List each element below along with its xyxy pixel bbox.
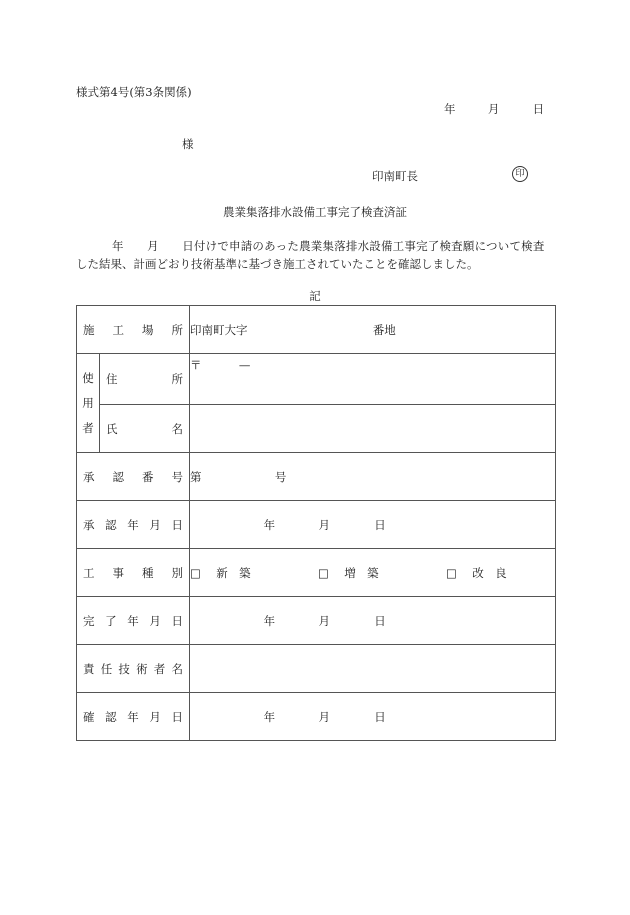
label-confirmation-date: 確 認 年 月 日 <box>77 693 190 741</box>
work-type-field: □ 新 築 □ 増 築 □ 改 良 <box>190 549 556 597</box>
user-name-field[interactable] <box>190 405 556 453</box>
table-row-approval-number: 承 認 番 号 第 号 <box>77 453 556 501</box>
table-row-responsible-engineer: 責 任 技 術 者 名 <box>77 645 556 693</box>
issue-date-day: 日 <box>533 101 545 117</box>
issue-date-month: 月 <box>488 101 500 117</box>
checkbox-improvement[interactable]: □ <box>446 566 457 580</box>
label-completion-date: 完 了 年 月 日 <box>77 597 190 645</box>
table-row-work-type: 工 事 種 別 □ 新 築 □ 増 築 □ 改 良 <box>77 549 556 597</box>
body-line-1: 年 月 日付けで申請のあった農業集落排水設備工事完了検査願について検査 <box>76 237 566 255</box>
completion-date-field[interactable]: 年 月 日 <box>190 597 556 645</box>
table-row-approval-date: 承 認 年 月 日 年 月 日 <box>77 501 556 549</box>
table-row-construction-site: 施 工 場 所 印南町大字 番地 <box>77 306 556 354</box>
table-row-user-name: 氏 名 <box>77 405 556 453</box>
postal-mark: 〒 <box>190 358 202 372</box>
body-line-2: した結果、計画どおり技術基準に基づき施工されていたことを確認しました。 <box>76 255 566 273</box>
label-user-address: 住 所 <box>100 354 190 405</box>
issue-date: 年 月 日 <box>444 101 544 117</box>
ki-heading: 記 <box>0 288 630 304</box>
site-suffix: 番地 <box>373 323 396 337</box>
postal-dash: — <box>239 358 251 372</box>
document-title: 農業集落排水設備工事完了検査済証 <box>0 204 630 220</box>
approval-date-field[interactable]: 年 月 日 <box>190 501 556 549</box>
confirmation-date-field[interactable]: 年 月 日 <box>190 693 556 741</box>
table-row-user-address: 使 用 者 住 所 〒 — <box>77 354 556 405</box>
label-user-group: 使 用 者 <box>77 354 100 453</box>
body-text: 年 月 日付けで申請のあった農業集落排水設備工事完了検査願について検査 した結果… <box>76 237 566 273</box>
form-id: 様式第4号(第3条関係) <box>76 84 192 100</box>
checkbox-extension[interactable]: □ <box>318 566 329 580</box>
approval-prefix: 第 <box>190 470 202 484</box>
seal-icon: 印 <box>512 166 528 182</box>
label-responsible-engineer: 責 任 技 術 者 名 <box>77 645 190 693</box>
label-work-type: 工 事 種 別 <box>77 549 190 597</box>
table-row-completion-date: 完 了 年 月 日 年 月 日 <box>77 597 556 645</box>
issuer: 印南町長 <box>372 168 418 184</box>
table-row-confirmation-date: 確 認 年 月 日 年 月 日 <box>77 693 556 741</box>
addressee-suffix: 様 <box>182 136 194 152</box>
details-table: 施 工 場 所 印南町大字 番地 使 用 者 住 所 〒 — <box>76 305 556 741</box>
site-prefix: 印南町大字 <box>190 323 248 337</box>
option-improvement[interactable]: □ 改 良 <box>446 565 507 581</box>
option-new-construction[interactable]: □ 新 築 <box>190 565 251 581</box>
label-user-name: 氏 名 <box>100 405 190 453</box>
checkbox-new[interactable]: □ <box>190 566 201 580</box>
responsible-engineer-field[interactable] <box>190 645 556 693</box>
option-extension[interactable]: □ 増 築 <box>318 565 379 581</box>
approval-suffix: 号 <box>275 470 287 484</box>
construction-site-field[interactable]: 印南町大字 番地 <box>190 306 556 354</box>
approval-number-field[interactable]: 第 号 <box>190 453 556 501</box>
user-address-field[interactable]: 〒 — <box>190 354 556 405</box>
issue-date-year: 年 <box>444 101 456 117</box>
label-construction-site: 施 工 場 所 <box>77 306 190 354</box>
label-approval-number: 承 認 番 号 <box>77 453 190 501</box>
label-approval-date: 承 認 年 月 日 <box>77 501 190 549</box>
